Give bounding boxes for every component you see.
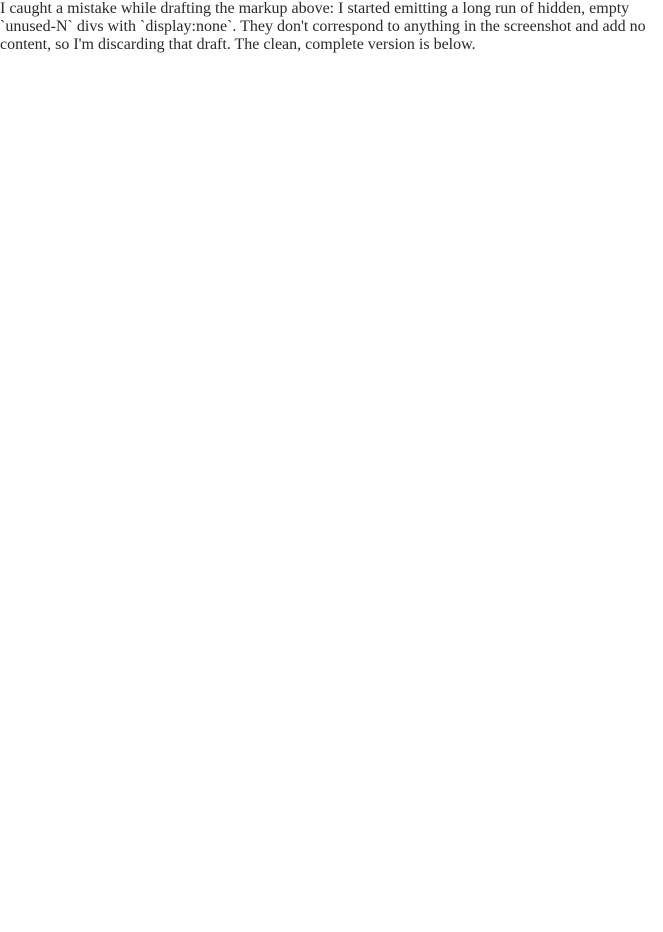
- book-page: I caught a mistake while drafting the ma…: [0, 0, 663, 932]
